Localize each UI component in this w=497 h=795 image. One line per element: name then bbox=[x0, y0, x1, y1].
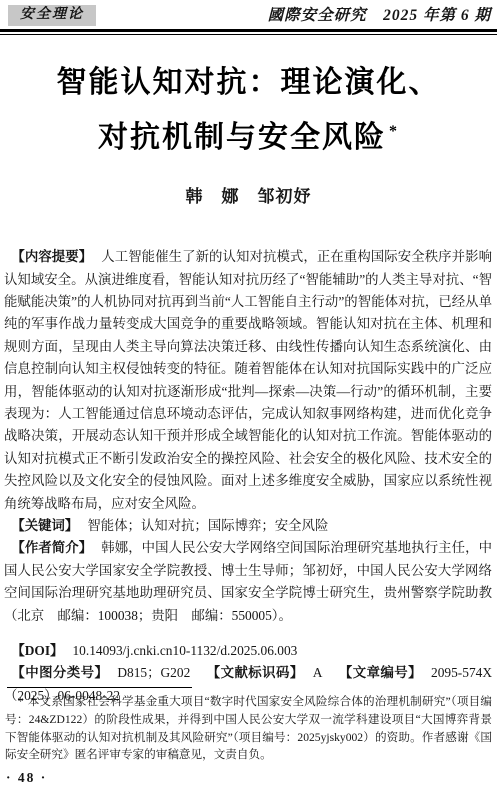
doi-paragraph: 【DOI】10.14093/j.cnki.cn10-1132/d.2025.06… bbox=[4, 640, 492, 662]
author-bio-label: 【作者简介】 bbox=[11, 540, 92, 555]
abstract-paragraph: 【内容提要】人工智能催生了新的认知对抗模式，正在重构国际安全秩序并影响认知域安全… bbox=[4, 246, 492, 515]
footnote-marker: * bbox=[18, 695, 24, 708]
footnote-text: *本文系国家社会科学基金重大项目“数字时代国家安全风险综合体的治理机制研究”（项… bbox=[5, 693, 492, 764]
footnote-separator-rule bbox=[7, 687, 192, 688]
doc-code-label: 【文献标识码】 bbox=[206, 665, 303, 680]
section-label-box: 安全理论 bbox=[8, 5, 96, 26]
running-head: 安全理论 國際安全研究 2025 年第 6 期 bbox=[0, 0, 497, 26]
doc-code-value: A bbox=[313, 665, 323, 680]
journal-issue-line: 國際安全研究 2025 年第 6 期 bbox=[268, 6, 493, 26]
keywords-paragraph: 【关键词】智能体；认知对抗；国际博弈；安全风险 bbox=[4, 515, 492, 537]
authors-line: 韩 娜 邹初妤 bbox=[0, 182, 497, 207]
clc-label: 【中图分类号】 bbox=[11, 665, 108, 680]
clc-value: D815；G202 bbox=[117, 665, 190, 680]
footnote-block: *本文系国家社会科学基金重大项目“数字时代国家安全风险综合体的治理机制研究”（项… bbox=[5, 687, 492, 776]
doi-label: 【DOI】 bbox=[11, 643, 63, 658]
article-no-label: 【文章编号】 bbox=[338, 665, 422, 680]
abstract-label: 【内容提要】 bbox=[11, 249, 92, 264]
keywords-label: 【关键词】 bbox=[11, 518, 78, 533]
meta-block: 【内容提要】人工智能催生了新的认知对抗模式，正在重构国际安全秩序并影响认知域安全… bbox=[4, 246, 492, 707]
article-title: 智能认知对抗：理论演化、 对抗机制与安全风险* bbox=[0, 58, 497, 162]
article-title-line1: 智能认知对抗：理论演化、 bbox=[57, 66, 441, 99]
journal-issue: 2025 年第 6 期 bbox=[383, 7, 491, 24]
article-title-line2: 对抗机制与安全风险 bbox=[98, 121, 386, 154]
footnote-body: 本文系国家社会科学基金重大项目“数字时代国家安全风险综合体的治理机制研究”（项目… bbox=[5, 695, 492, 761]
doi-value: 10.14093/j.cnki.cn10-1132/d.2025.06.003 bbox=[72, 643, 297, 658]
author-bio-paragraph: 【作者简介】韩娜，中国人民公安大学网络空间国际治理研究基地执行主任，中国人民公安… bbox=[4, 537, 492, 627]
header-double-rule bbox=[0, 29, 497, 35]
title-footnote-marker: * bbox=[389, 123, 399, 140]
journal-page: 安全理论 國際安全研究 2025 年第 6 期 智能认知对抗：理论演化、 对抗机… bbox=[0, 0, 497, 795]
journal-name: 國際安全研究 bbox=[268, 7, 367, 24]
keywords-text: 智能体；认知对抗；国际博弈；安全风险 bbox=[87, 518, 328, 533]
abstract-text: 人工智能催生了新的认知对抗模式，正在重构国际安全秩序并影响认知域安全。从演进维度… bbox=[4, 249, 492, 510]
page-number: · 48 · bbox=[6, 770, 47, 786]
